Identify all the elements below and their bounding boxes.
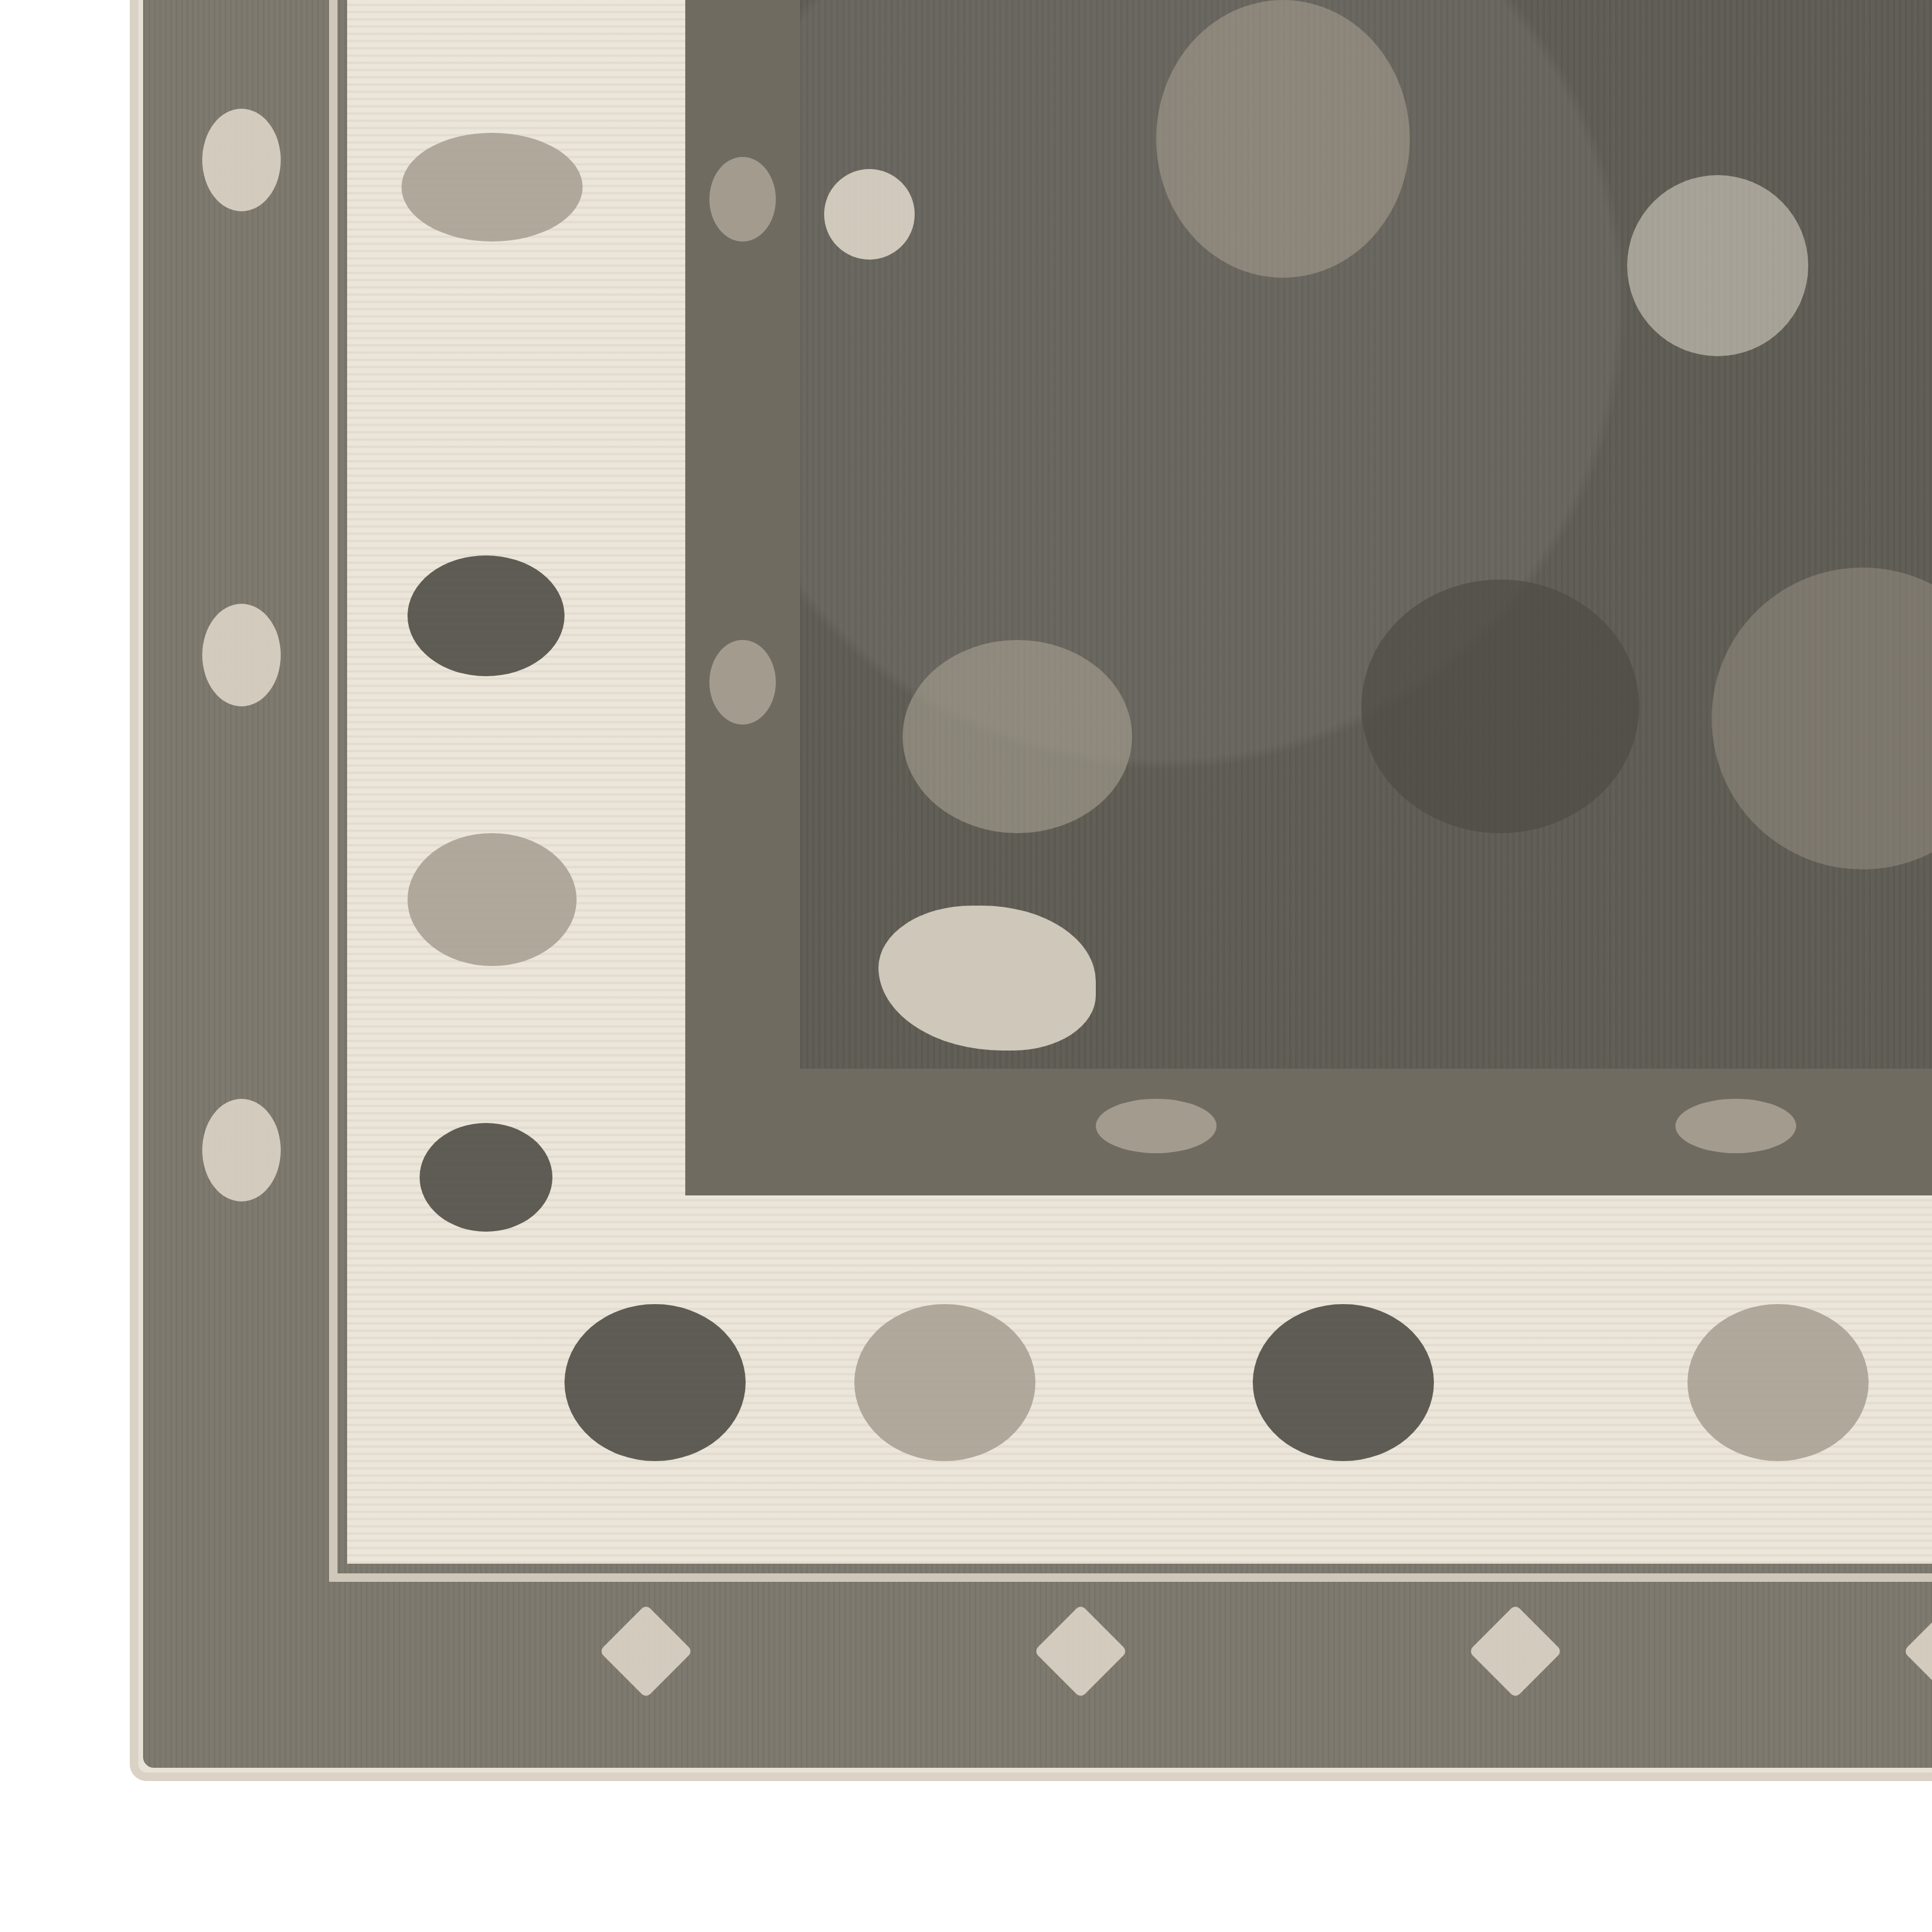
cream-border-motif	[1253, 1304, 1434, 1461]
rug	[130, 0, 1932, 1781]
border-motif	[202, 109, 281, 211]
cream-border-motif	[408, 555, 565, 676]
cream-border-motif	[565, 1304, 746, 1461]
border-motif	[202, 604, 281, 706]
field-shape	[1361, 580, 1639, 833]
cream-border-motif	[1687, 1304, 1869, 1461]
guard-scroll	[1675, 1099, 1796, 1153]
cream-border-motif	[854, 1304, 1035, 1461]
cream-border-motif	[408, 833, 577, 966]
cream-border-motif	[401, 133, 583, 241]
guard-scroll	[1096, 1099, 1217, 1153]
field-medallion	[1156, 0, 1410, 278]
cream-border-motif	[420, 1123, 552, 1232]
border-motif	[202, 1099, 281, 1201]
guard-scroll	[709, 157, 776, 241]
field-palmette	[1627, 175, 1808, 356]
field-flower	[903, 640, 1132, 833]
guard-scroll	[709, 640, 776, 724]
field-rosette	[824, 169, 915, 260]
